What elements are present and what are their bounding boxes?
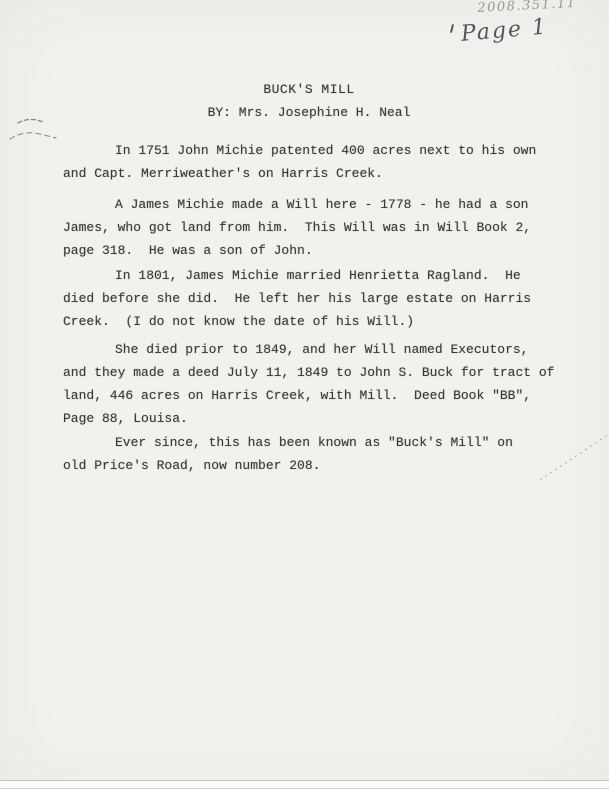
paragraph-5: Ever since, this has been known as "Buck… (63, 431, 555, 477)
paragraph-4: She died prior to 1849, and her Will nam… (63, 338, 555, 430)
handwritten-tick-mark (450, 24, 454, 33)
paragraph-3: In 1801, James Michie married Henrietta … (63, 264, 555, 333)
document-byline: BY: Mrs. Josephine H. Neal (63, 101, 555, 124)
paragraph-1: In 1751 John Michie patented 400 acres n… (63, 139, 555, 185)
pencil-scribble-marks (4, 112, 68, 152)
document-title: BUCK'S MILL (63, 78, 555, 101)
handwritten-accession-number: 2008.351.11 (477, 0, 577, 16)
scanned-document-page: 2008.351.11 Page 1 BUCK'S MILL BY: Mrs. … (0, 0, 609, 791)
crease-line (540, 430, 609, 490)
handwritten-page-label: Page 1 (460, 14, 549, 46)
typed-text-block: BUCK'S MILL BY: Mrs. Josephine H. Neal I… (63, 70, 555, 477)
paragraph-2: A James Michie made a Will here - 1778 -… (63, 193, 555, 262)
page-bottom-edge (0, 780, 609, 791)
